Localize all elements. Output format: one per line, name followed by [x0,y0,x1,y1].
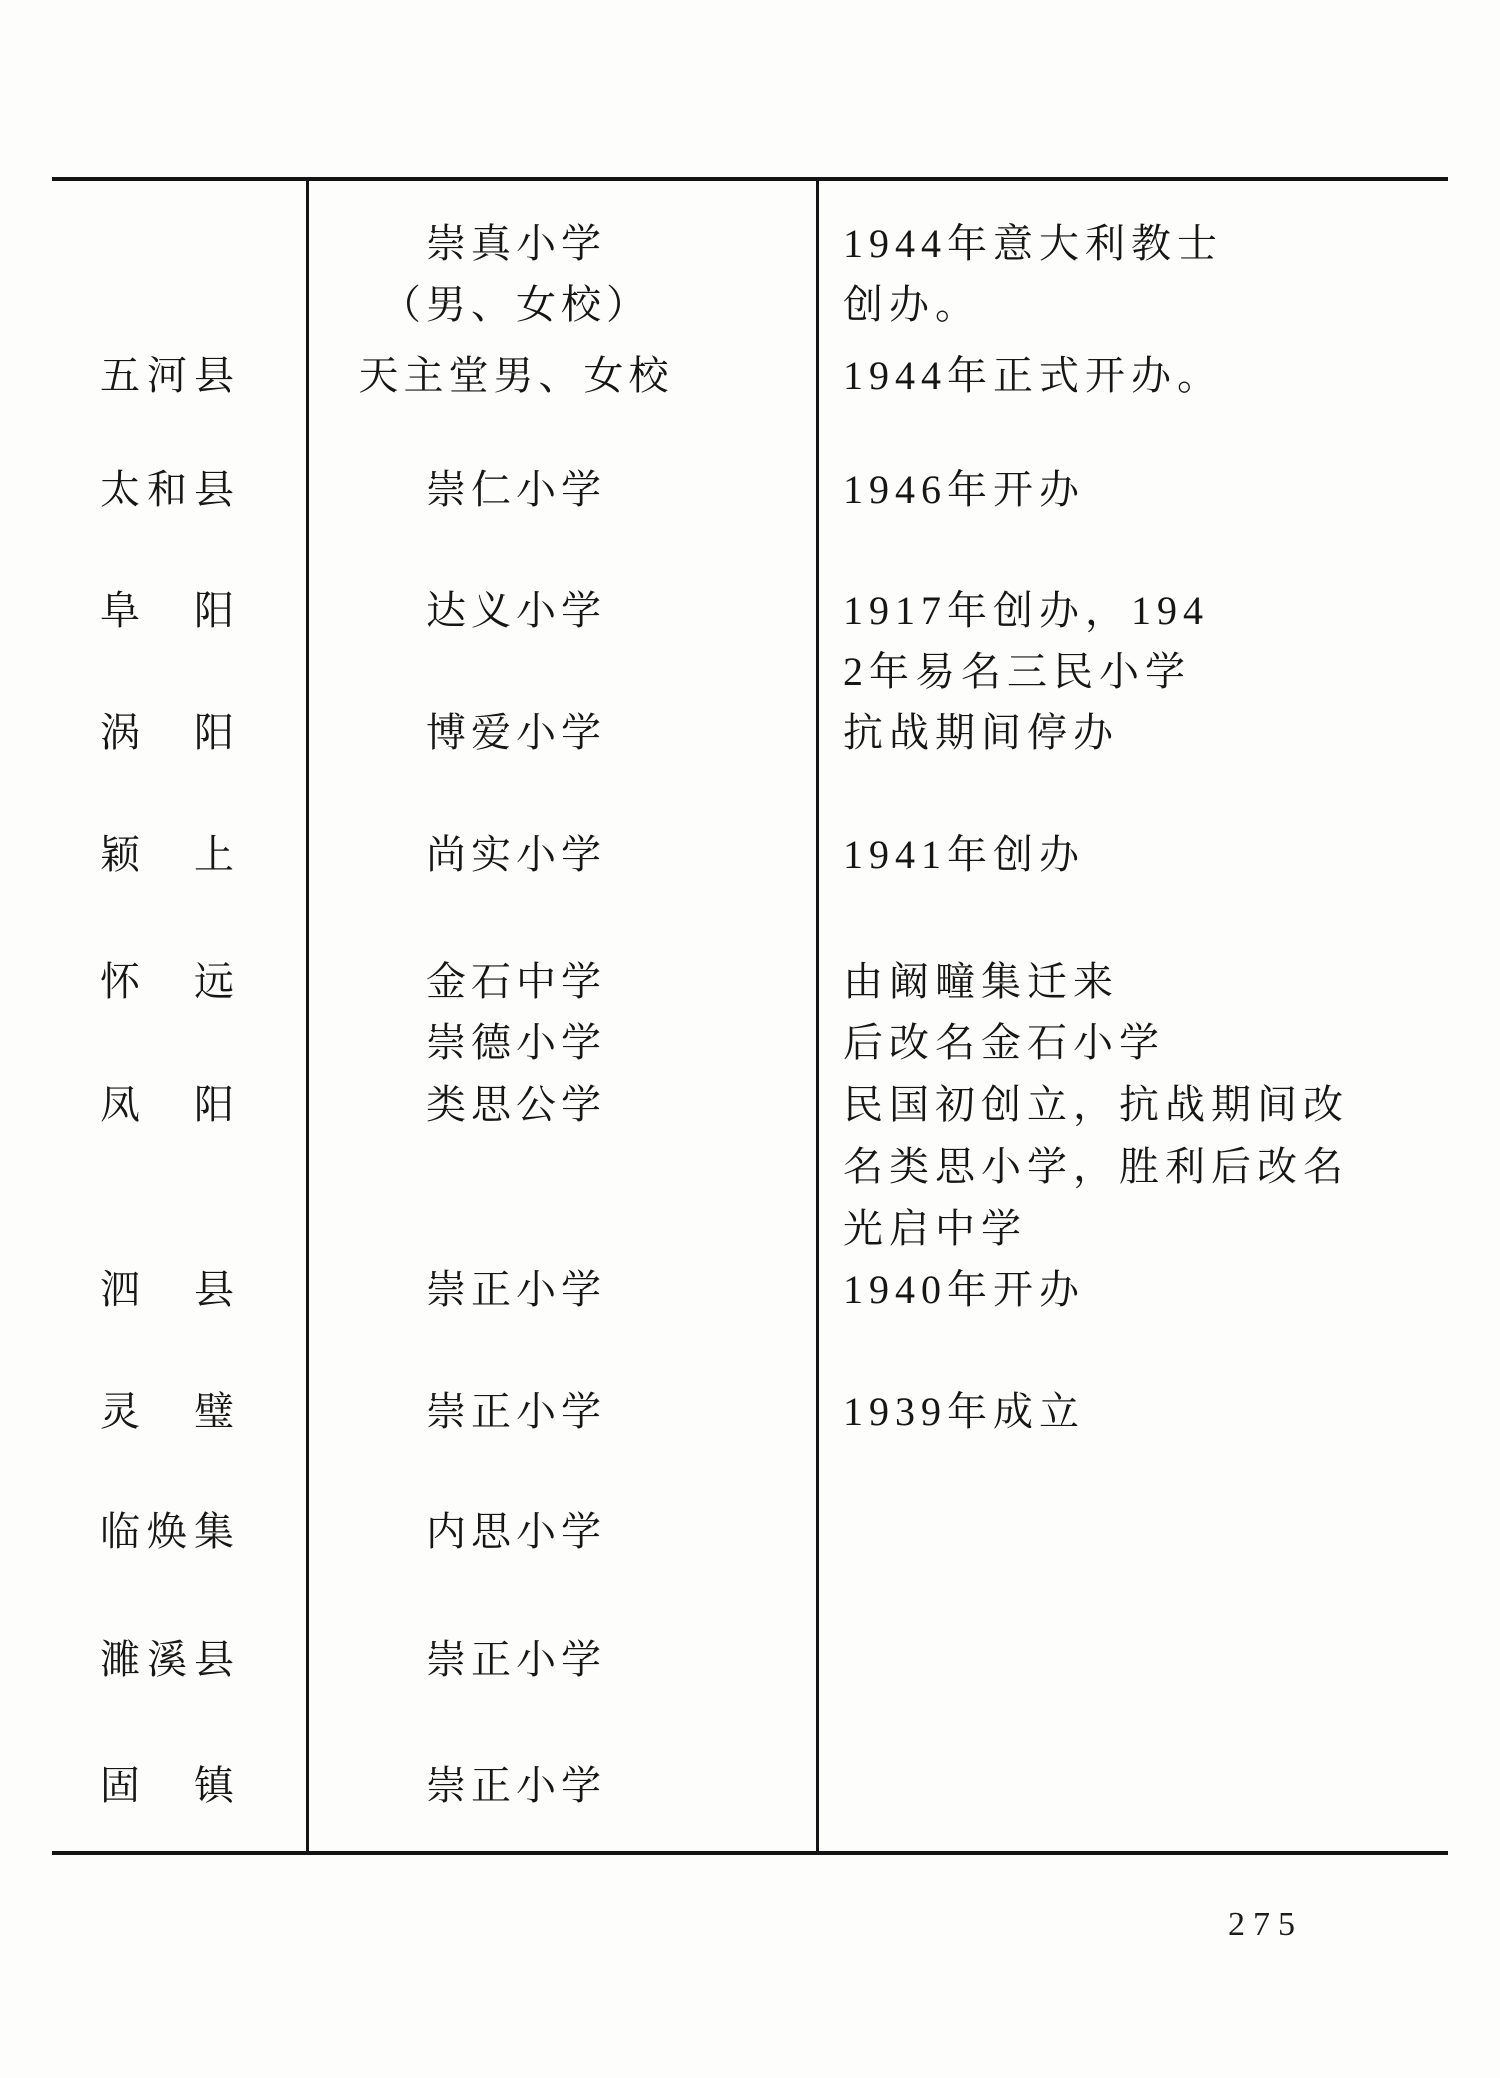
school-cell: 崇德小学 [309,1018,723,1068]
note-cell: 1917年创办，194 [843,586,1403,636]
county-cell: 五河县 [100,351,300,401]
table-border-bottom [52,1851,1448,1855]
school-cell: 崇正小学 [309,1761,723,1811]
page-number: 275 [1228,1906,1303,1944]
school-cell: 内思小学 [309,1507,723,1557]
note-cell: 民国初创立，抗战期间改 [843,1080,1403,1130]
note-cell: 后改名金石小学 [843,1018,1403,1068]
school-cell: 崇正小学 [309,1635,723,1685]
county-cell: 临焕集 [100,1507,300,1557]
note-cell: 1940年开办 [843,1265,1403,1315]
school-cell: 崇正小学 [309,1387,723,1437]
note-cell: 创办。 [843,280,1403,330]
county-cell: 怀 远 [100,957,300,1007]
school-cell: 类思公学 [309,1080,723,1130]
note-cell: 由阚疃集迁来 [843,957,1403,1007]
note-cell: 1941年创办 [843,830,1403,880]
column-divider-left [306,178,309,1854]
school-cell: 尚实小学 [309,830,723,880]
county-cell: 灵 璧 [100,1387,300,1437]
note-cell: 1946年开办 [843,465,1403,515]
county-cell: 阜 阳 [100,586,300,636]
table-border-top [52,177,1448,181]
school-cell: 崇真小学 [309,219,723,269]
school-cell: 达义小学 [309,586,723,636]
county-cell: 涡 阳 [100,708,300,758]
school-cell: 天主堂男、女校 [309,351,723,401]
school-cell: 金石中学 [309,957,723,1007]
column-divider-right [816,178,819,1854]
school-cell: 博爱小学 [309,708,723,758]
county-cell: 濉溪县 [100,1635,300,1685]
note-cell: 1944年正式开办。 [843,351,1403,401]
note-cell: 名类思小学，胜利后改名 [843,1142,1403,1192]
note-cell: 抗战期间停办 [843,708,1403,758]
note-cell: 光启中学 [843,1204,1403,1254]
county-cell: 泗 县 [100,1265,300,1315]
county-cell: 太和县 [100,465,300,515]
note-cell: 1944年意大利教士 [843,219,1403,269]
scanned-page: 五河县 太和县 阜 阳 涡 阳 颖 上 怀 远 凤 阳 泗 县 灵 璧 临焕集 … [0,0,1500,2078]
note-cell: 2年易名三民小学 [843,647,1403,697]
county-cell: 凤 阳 [100,1080,300,1130]
note-cell: 1939年成立 [843,1387,1403,1437]
county-cell: 固 镇 [100,1761,300,1811]
county-cell: 颖 上 [100,830,300,880]
school-cell: （男、女校） [309,280,723,330]
school-cell: 崇仁小学 [309,465,723,515]
school-cell: 崇正小学 [309,1265,723,1315]
